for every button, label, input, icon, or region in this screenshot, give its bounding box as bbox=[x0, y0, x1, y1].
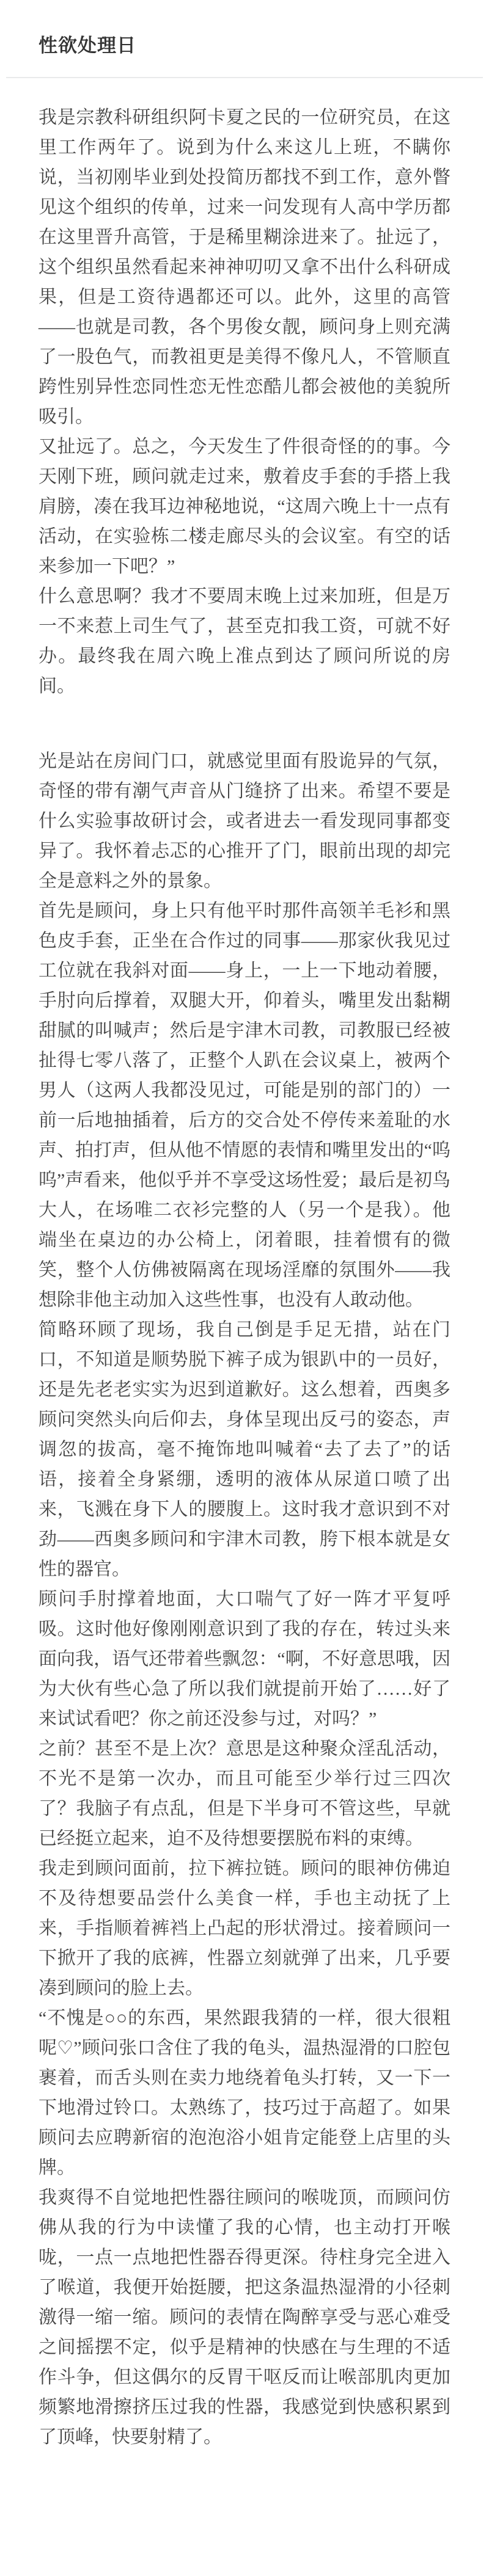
title-divider bbox=[6, 77, 483, 78]
article-body: 我是宗教科研组织阿卡夏之民的一位研究员，在这里工作两年了。说到为什么来这儿上班，… bbox=[39, 103, 450, 2452]
page-title: 性欲处理日 bbox=[0, 0, 489, 57]
paragraph: 我爽得不自觉地把性器往顾问的喉咙顶，而顾问仿佛从我的行为中读懂了我的心情，也主动… bbox=[39, 2183, 450, 2452]
paragraph: 又扯远了。总之，今天发生了件很奇怪的的事。今天刚下班，顾问就走过来，敷着皮手套的… bbox=[39, 432, 450, 581]
document-page: 性欲处理日 我是宗教科研组织阿卡夏之民的一位研究员，在这里工作两年了。说到为什么… bbox=[0, 0, 489, 2576]
paragraph: 之前？甚至不是上次？意思是这种聚众淫乱活动，不光不是第一次办，而且可能至少举行过… bbox=[39, 1734, 450, 1854]
paragraph: “不愧是○○的东西，果然跟我猜的一样，很大很粗呢♡”顾问张口含住了我的龟头，温热… bbox=[39, 2003, 450, 2183]
paragraph: 什么意思啊？我才不要周末晚上过来加班，但是万一不来惹上司生气了，甚至克扣我工资，… bbox=[39, 581, 450, 701]
paragraph: 首先是顾问，身上只有他平时那件高领羊毛衫和黑色皮手套，正坐在合作过的同事——那家… bbox=[39, 896, 450, 1315]
paragraph: 我是宗教科研组织阿卡夏之民的一位研究员，在这里工作两年了。说到为什么来这儿上班，… bbox=[39, 103, 450, 432]
paragraph: 光是站在房间门口，就感觉里面有股诡异的气氛，奇怪的带有潮气声音从门缝挤了出来。希… bbox=[39, 746, 450, 896]
paragraph: 我走到顾问面前，拉下裤拉链。顾问的眼神仿佛迫不及待想要品尝什么美食一样，手也主动… bbox=[39, 1854, 450, 2003]
section-break bbox=[39, 701, 450, 746]
paragraph: 顾问手肘撑着地面，大口喘气了好一阵才平复呼吸。这时他好像刚刚意识到了我的存在，转… bbox=[39, 1584, 450, 1734]
paragraph: 简略环顾了现场，我自己倒是手足无措，站在门口，不知道是顺势脱下裤子成为银趴中的一… bbox=[39, 1315, 450, 1584]
